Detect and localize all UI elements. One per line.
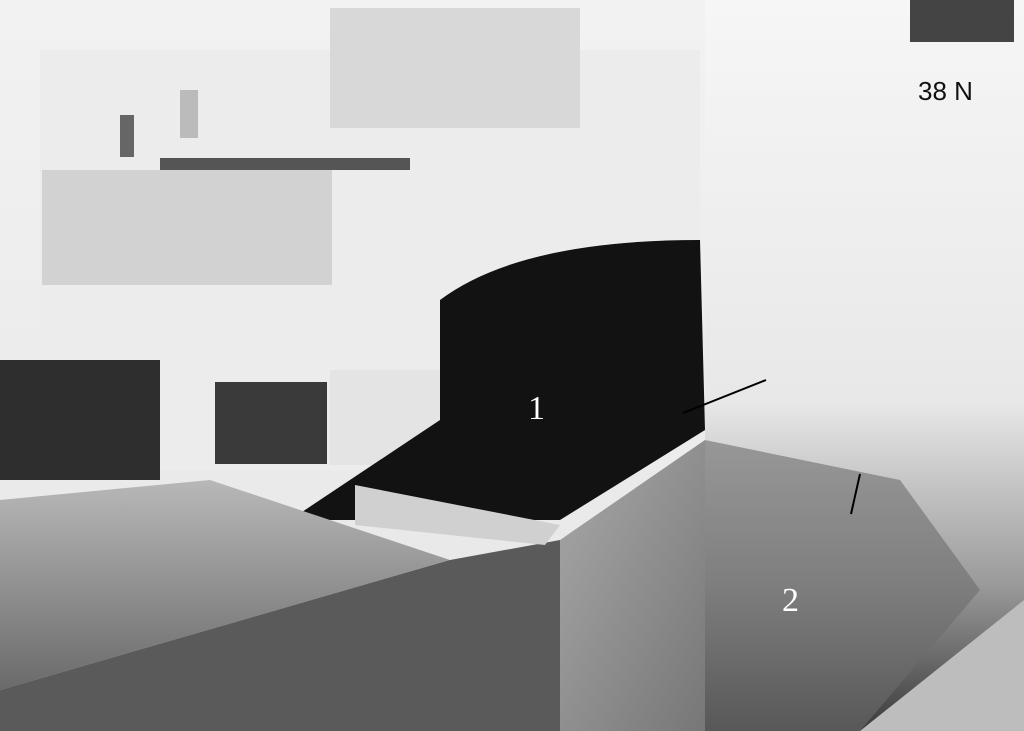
photo-caption: 38 N: [918, 76, 973, 107]
marker-1: 1: [528, 390, 545, 428]
archival-photo: 1 2 38 N: [0, 0, 1024, 731]
photo-scene: [0, 0, 1024, 731]
marker-2: 2: [782, 582, 799, 620]
